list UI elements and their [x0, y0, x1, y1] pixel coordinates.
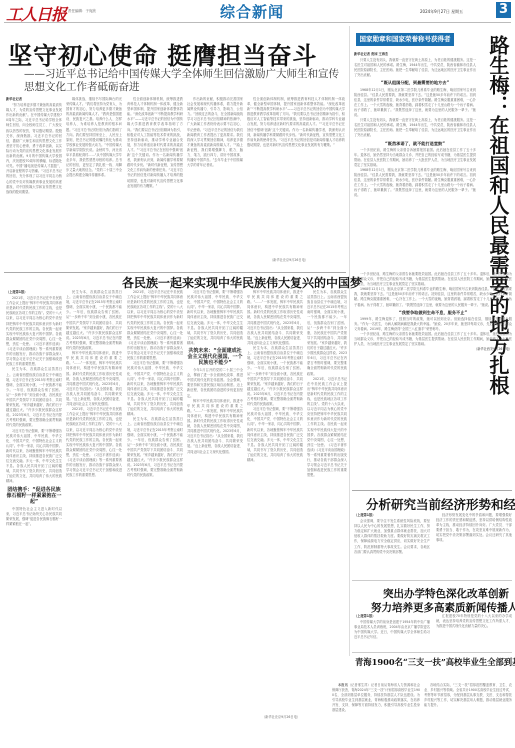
lu-shengmei-body-wide: 一个多世纪前，路生梅的父亲曾告诉她要报效祖国。此后她在佳县工作了五十多年。退休后…	[354, 272, 512, 492]
media-headline-line2: 努力培养更多高素质新闻传播人才	[371, 600, 515, 615]
lead-col3-text: 性全面创新体制机制，统筹推进教育科技人才体制机制一体改革，健全新型举国体制，提升…	[127, 97, 183, 189]
ethnic-dateline-text: （新华社北京9月26日电）	[262, 715, 300, 719]
ethnic-col2-text-cont2: 2021年，习近平总书记在中央民族工作会议上提出“铸牢中华民族共同体意识是新时代…	[66, 407, 122, 478]
lead-bottom-divider	[4, 272, 346, 273]
right-divider-1	[352, 490, 512, 491]
lu-shengmei-text-1b: 只要人生没有到头，我就要一直坚守在黄土高原上，为老百姓的健康服务。这是一名医生对…	[354, 118, 476, 138]
ethnic-col2-text: 民生为本，各族群众生活蒸蒸日上。云南省西盟佤族自治县位于中缅边境，习近平总书记在…	[66, 290, 122, 351]
lead-col2-text: 媒体挑战，继续书写国际舞台的光荣传媒人才。“我们将坚持为党育人、为国育才的初心，…	[66, 97, 122, 179]
lu-shengmei-text-3: 1999年，路生梅退休了，按照当时的政策，她可以回到北京。但她选择留在佳县，继续…	[354, 317, 512, 332]
ethnic-col5-text-cont2: 习近平总书记强调，要“不断增强各民族对伟大祖国、中华民族、中华文化、中国共产党、…	[247, 407, 303, 463]
honor-banner: 国家勋章和国家荣誉称号获得者	[356, 33, 454, 46]
lu-shengmei-dateline: （新华社西安9月26日电）	[354, 347, 512, 352]
economy-col1-text: 会议强调，要守住不发生系统性风险底线，要坚持以人民为中心的发展思想，扎实做好民生…	[354, 519, 430, 555]
right-divider-2	[352, 580, 512, 581]
economy-byline: （上接第1版）	[354, 513, 430, 518]
lu-shengmei-text-2: 一个多世纪前，路生梅的父亲曾告诉她要报效祖国。此后她在佳县工作了五十多年。退休后…	[354, 148, 476, 168]
ethnic-col1-text-cont: 民生为本，各族群众生活蒸蒸日上。云南省西盟佤族自治县位于中缅边境，习近平总书记在…	[6, 367, 62, 428]
lead-headline: 坚守初心使命 挺膺担当奋斗	[8, 36, 317, 71]
qinghai-column-2: 各地结合实际，“三支一扶”招募范围覆盖教育、卫生、农业、乡村振兴等领域。全省共计…	[424, 683, 512, 746]
lead-col1-text: “努力培养更多德才兼备的高素质传媒人才，为党的宣传思想文化事业发展作出新的贡献”…	[6, 103, 62, 195]
masthead-divider	[4, 22, 511, 23]
ethnic-col4-text-cont: 铸牢中华民族共同体意识，推进中华民族共同体建设的重要之路。“……”一体发展，铸牢…	[187, 399, 243, 455]
qinghai-column-1: 本报讯（记者邢生祥）记者日前从青海省人力资源和社会保障厅获悉，青海2024年“三…	[332, 683, 420, 746]
lu-shengmei-subhead-3: “我要争取做到生命不息，服务不止”	[354, 310, 512, 315]
media-column-1: （上接第1版） 中国传媒大学的前身是创建于1954年的中央广播事业局技术人员训练…	[354, 614, 430, 650]
ethnic-col3-text-cont: 习近平总书记强调，要“不断增强各民族对伟大祖国、中华民族、中华文化、中国共产党、…	[127, 361, 183, 417]
ethnic-col6-text-cont: 2021年，习近平总书记在中央民族工作会议上提出“铸牢中华民族共同体意识是新时代…	[307, 377, 347, 479]
ethnic-subhead-1: 团结携手：“促进各民族像石榴籽一样紧紧抱在一起”	[6, 487, 62, 505]
ethnic-column-1: （上接第1版） 2021年，习近平总书记在中央民族工作会议上提出“铸牢中华民族共…	[6, 290, 62, 746]
right-divider-3	[352, 652, 512, 653]
lu-shengmei-subhead-2: “既然承诺了，就不能打退堂鼓”	[354, 141, 476, 146]
lead-dateline-text: （新华社北京9月26日电）	[270, 258, 308, 262]
lu-shengmei-subhead-1: “既从组国分配，到最需要的地方去”	[354, 80, 476, 85]
lead-column-1: 新华社记者 “努力培养更多德才兼备的高素质传媒人才，为党的宣传思想文化事业发展作…	[6, 97, 62, 269]
ethnic-col5-text-cont: 民生为本，各族群众生活蒸蒸日上。云南省西盟佤族自治县位于中缅边境，习近平总书记在…	[247, 346, 303, 407]
qinghai-byline: 本报讯	[338, 683, 348, 687]
ethnic-column-5: 铸牢中华民族共同体意识，推进中华民族共同体建设的重要之路。“……”一体发展，铸牢…	[247, 290, 303, 746]
editor-credit: 责任编辑：于宛欣	[68, 9, 96, 14]
lu-shengmei-text-2b: 1968年12月1日，刚从北京第二医学院儿科系毕业的路生梅，响应国家号召来到陕西…	[354, 168, 476, 199]
publication-date: 2024年9月27日 星期五	[420, 9, 463, 15]
lu-shengmei-text-wide: 一个多世纪前，路生梅的父亲曾告诉她要报效祖国。此后她在佳县工作了五十多年。退休后…	[354, 272, 512, 287]
media-col2-text: 汇报建校70年特别是党的十八大以来的办学成就，表达坚持培养党的宣传思想文化工作所…	[436, 614, 512, 629]
lu-shengmei-byline: 新华社记者 贾园 王海杰	[354, 52, 476, 57]
lead-col5-text: 性全面创新体制机制，统筹推进教育科技人才体制机制一体改革，健全新型举国体制，提升…	[247, 97, 345, 148]
qinghai-col2-text: 各地结合实际，“三支一扶”招募范围覆盖教育、卫生、农业、乡村振兴等领域。全省共计…	[424, 683, 512, 708]
economy-col2-text: 经济形势发展变化中的矛盾和问题，要增强做好经济工作的责任感和紧迫感，坚持以供给侧…	[436, 513, 512, 544]
lead-column-3: 性全面创新体制机制，统筹推进教育科技人才体制机制一体改革，健全新型举国体制，提升…	[127, 97, 183, 269]
ethnic-col4-text: 习近平总书记强调，要“不断增强各民族对伟大祖国、中华民族、中华文化、中国共产党、…	[187, 290, 243, 346]
qinghai-col1-text: （记者邢生祥）记者日前从青海省人力资源和社会保障厅获悉，青海2024年“三支一扶…	[332, 683, 420, 712]
ethnic-column-6: 民生为本，各族群众生活蒸蒸日上。云南省西盟佤族自治县位于中缅边境，习近平总书记在…	[307, 290, 347, 700]
media-headline-line1: 突出办学特色深化改革创新	[383, 586, 509, 601]
media-byline: （上接第1版）	[354, 614, 430, 619]
ethnic-column-2: 民生为本，各族群众生活蒸蒸日上。云南省西盟佤族自治县位于中缅边境，习近平总书记在…	[66, 290, 122, 746]
ethnic-headline: 各民族一起来实现中华民族伟大复兴的中国梦	[122, 274, 362, 291]
economy-headline: 分析研究当前经济形势和经济工作	[366, 495, 515, 513]
lead-column-2: 媒体挑战，继续书写国际舞台的光荣传媒人才。“我们将坚持为党育人、为国育才的初心，…	[66, 97, 122, 269]
ethnic-col2-text-cont: 铸牢中华民族共同体意识，推进中华民族共同体建设的重要之路。“……”一体发展，铸牢…	[66, 351, 122, 407]
media-col1-text: 中国传媒大学的前身是创建于1954年的中央广播事业局技术人员训练班，2004年由…	[354, 620, 430, 640]
lu-shengmei-intro: 只要人生没有到头，我就要一直坚守在黄土高原上，为老百姓的健康服务。这是一名医生对…	[354, 58, 476, 78]
ethnic-col1b-text: 中国特色社会主义进入新时代以来，习近平总书记始终关心各民族共同繁荣发展，强调“促…	[6, 507, 62, 527]
lead-dateline: （新华社北京9月26日电）	[270, 258, 345, 264]
lead-col4-text: 作出新的贡献，积极推动完善国家社会发展和现代传播体系，着力提升新闻舆论传播力、引…	[187, 97, 243, 168]
lu-shengmei-text-3b: 一个多世纪前，路生梅的父亲曾告诉她要报效祖国。此后她在佳县工作了五十多年。退休后…	[354, 332, 512, 347]
ethnic-col3-text-cont2: 民生为本，各族群众生活蒸蒸日上。云南省西盟佤族自治县位于中缅边境，习近平总书记在…	[127, 417, 183, 478]
ethnic-column-3: 2021年，习近平总书记在中央民族工作会议上提出“铸牢中华民族共同体意识是新时代…	[127, 290, 183, 746]
page-number-badge: 3	[496, 2, 511, 18]
section-title: 综合新闻	[220, 1, 284, 22]
lu-shengmei-text-wide-b: 1968年12月1日，刚从北京第二医学院儿科系毕业的路生梅，响应国家号召来到陕西…	[354, 287, 512, 307]
lead-column-5: 性全面创新体制机制，统筹推进教育科技人才体制机制一体改革，健全新型举国体制，提升…	[247, 97, 345, 259]
lead-column-4: 作出新的贡献，积极推动完善国家社会发展和现代传播体系，着力提升新闻舆论传播力、引…	[187, 97, 243, 257]
ethnic-col3-text: 2021年，习近平总书记在中央民族工作会议上提出“铸牢中华民族共同体意识是新时代…	[127, 290, 183, 361]
column-divider	[349, 26, 350, 656]
lead-subheadline: ——习近平总书记给中国传媒大学全体师生回信激励广大师生和宣传思想文化工作者砥砺奋…	[24, 68, 344, 94]
ethnic-column-4: 习近平总书记强调，要“不断增强各民族对伟大祖国、中华民族、中华文化、中国共产党、…	[187, 290, 243, 746]
economy-column-2: 经济形势发展变化中的矛盾和问题，要增强做好经济工作的责任感和紧迫感，坚持以供给侧…	[436, 513, 512, 593]
ethnic-col4b-text: 今年1月召开的党的二十届三中全会，擘画了进一步全面深化改革、推进中国式现代化的宏…	[187, 368, 243, 399]
ethnic-byline: （上接第1版）	[6, 290, 62, 295]
lead-byline: 新华社记者	[6, 97, 62, 102]
ethnic-col5-text: 铸牢中华民族共同体意识，推进中华民族共同体建设的重要之路。“……”一体发展，铸牢…	[247, 290, 303, 346]
ethnic-subhead-2: 共筑未来：“全面建成社会主义现代化强国，一个民族也不能少”	[187, 348, 243, 366]
ethnic-col1-text: 2021年，习近平总书记在中央民族工作会议上提出“铸牢中华民族共同体意识是新时代…	[6, 296, 62, 367]
qinghai-text-1: 本报讯（记者邢生祥）记者日前从青海省人力资源和社会保障厅获悉，青海2024年“三…	[332, 683, 420, 714]
lu-shengmei-text-1: 1968年12月1日，刚从北京第二医学院儿科系毕业的路生梅，响应国家号召来到陕西…	[354, 88, 476, 119]
qinghai-headline: 青海1900名“三支一扶”高校毕业生全部到基层单位服务	[355, 656, 515, 668]
ethnic-col6-text: 民生为本，各族群众生活蒸蒸日上。云南省西盟佤族自治县位于中缅边境，习近平总书记在…	[307, 290, 347, 377]
media-column-2: 汇报建校70年特别是党的十八大以来的办学成就，表达坚持培养党的宣传思想文化工作所…	[436, 614, 512, 650]
ethnic-col1-text-cont2: 习近平总书记强调，要“不断增强各民族对伟大祖国、中华民族、中华文化、中国共产党、…	[6, 429, 62, 485]
